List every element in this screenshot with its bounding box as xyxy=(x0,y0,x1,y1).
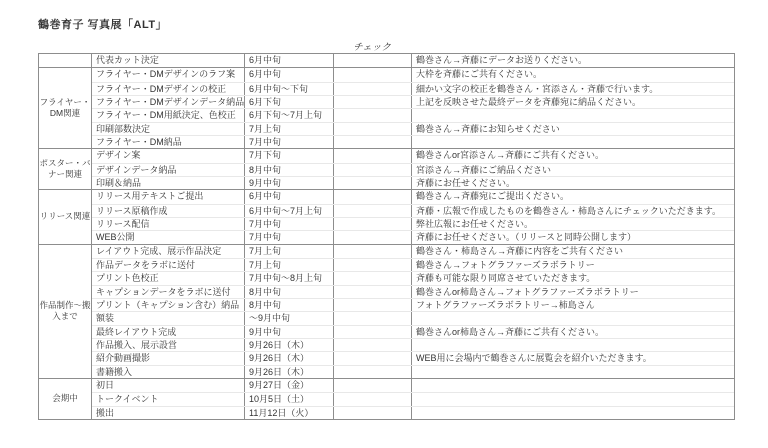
task-cell: フライヤー・DM納品 xyxy=(92,136,245,148)
note-cell xyxy=(412,339,734,351)
date-cell: 7月中旬～8月上旬 xyxy=(245,272,334,284)
category-cell: リリース関連 xyxy=(39,190,92,243)
note-cell xyxy=(412,407,734,419)
table-row: リリース配信 7月中旬 弊社広報にお任せください。 xyxy=(92,217,734,230)
table-row: プリント（キャプション含む）納品 8月中旬 フォトグラファーズラボラトリー→柿島… xyxy=(92,298,734,311)
date-cell: 7月中旬 xyxy=(245,231,334,243)
table-row: 印刷＆納品 9月中旬 斉藤にお任せください。 xyxy=(92,176,734,189)
task-cell: リリース原稿作成 xyxy=(92,205,245,217)
section-rows: デザイン案 7月下旬 鶴巻さんor宮添さん→斉藤にご共有ください。 デザインデー… xyxy=(92,149,734,189)
table-row: 代表カット決定 6月中旬 鶴巻さん→斉藤にデータお送りください。 xyxy=(92,54,734,67)
date-cell: 7月下旬 xyxy=(245,149,334,162)
task-cell: デザイン案 xyxy=(92,149,245,162)
note-cell: 鶴巻さんor柿島さん→斉藤にご共有ください。 xyxy=(412,326,734,338)
date-cell: 8月中旬 xyxy=(245,286,334,298)
task-cell: 代表カット決定 xyxy=(92,54,245,67)
date-cell: 7月上旬 xyxy=(245,259,334,271)
note-cell: 斉藤も可能な限り同席させていただきます。 xyxy=(412,272,734,284)
table-row: 書籍搬入 9月26日（木） xyxy=(92,365,734,378)
date-cell: 9月中旬 xyxy=(245,326,334,338)
check-cell xyxy=(334,312,412,324)
check-cell xyxy=(334,259,412,271)
task-cell: フライヤー・DMデザインデータ納品 xyxy=(92,96,245,108)
task-cell: デザインデータ納品 xyxy=(92,164,245,176)
date-cell: 6月下旬 xyxy=(245,96,334,108)
date-cell: 7月中旬 xyxy=(245,218,334,230)
date-cell: 9月26日（木） xyxy=(245,339,334,351)
task-cell: プリント（キャプション含む）納品 xyxy=(92,299,245,311)
table-row: WEB公開 7月中旬 斉藤にお任せください。（リリースと同時公開します） xyxy=(92,230,734,243)
task-cell: 搬出 xyxy=(92,407,245,419)
check-cell xyxy=(334,299,412,311)
note-cell xyxy=(412,393,734,405)
note-cell: 大枠を斉藤にご共有ください。 xyxy=(412,68,734,81)
table-row: リリース原稿作成 6月中旬～7月上旬 斉藤・広報で作成したものを鶴巻さん・柿島さ… xyxy=(92,204,734,217)
page-title: 鶴巻育子 写真展「ALT」 xyxy=(38,16,167,32)
note-cell: 鶴巻さんor柿島さん→フォトグラファーズラボラトリー xyxy=(412,286,734,298)
table-row: 印刷部数決定 7月上旬 鶴巻さん→斉藤にお知らせください xyxy=(92,122,734,135)
category-cell: ポスター・バ ナー関連 xyxy=(39,149,92,189)
check-cell xyxy=(334,123,412,135)
table-row: デザイン案 7月下旬 鶴巻さんor宮添さん→斉藤にご共有ください。 xyxy=(92,149,734,162)
table-row: フライヤー・DMデザインのラフ案 6月中旬 大枠を斉藤にご共有ください。 xyxy=(92,68,734,81)
note-cell: 鶴巻さん→フォトグラファーズラボラトリー xyxy=(412,259,734,271)
schedule-section: 会期中 初日 9月27日（金） トークイベント 10月5日（土） 搬出 11月1… xyxy=(39,378,734,419)
task-cell: 額装 xyxy=(92,312,245,324)
check-cell xyxy=(334,326,412,338)
check-cell xyxy=(334,218,412,230)
table-row: トークイベント 10月5日（土） xyxy=(92,392,734,405)
task-cell: 作品搬入、展示設営 xyxy=(92,339,245,351)
task-cell: キャプションデータをラボに送付 xyxy=(92,286,245,298)
check-cell xyxy=(334,205,412,217)
schedule-section: フライヤー・ DM関連 フライヤー・DMデザインのラフ案 6月中旬 大枠を斉藤に… xyxy=(39,67,734,148)
date-cell: 11月12日（火） xyxy=(245,407,334,419)
date-cell: 7月上旬 xyxy=(245,245,334,258)
date-cell: 9月26日（木） xyxy=(245,366,334,378)
task-cell: リリース用テキストご提出 xyxy=(92,190,245,203)
date-cell: 9月27日（金） xyxy=(245,379,334,392)
schedule-section: 作品制作～搬 入まで レイアウト完成、展示作品決定 7月上旬 鶴巻さん・柿島さん… xyxy=(39,244,734,378)
task-cell: フライヤー・DMデザインのラフ案 xyxy=(92,68,245,81)
task-cell: 初日 xyxy=(92,379,245,392)
section-rows: フライヤー・DMデザインのラフ案 6月中旬 大枠を斉藤にご共有ください。 フライ… xyxy=(92,68,734,148)
date-cell: 8月中旬 xyxy=(245,164,334,176)
category-cell: 会期中 xyxy=(39,379,92,419)
schedule-table: 代表カット決定 6月中旬 鶴巻さん→斉藤にデータお送りください。 フライヤー・ … xyxy=(38,53,735,420)
check-cell xyxy=(334,164,412,176)
note-cell: 宮添さん→斉藤にご納品ください xyxy=(412,164,734,176)
schedule-section: ポスター・バ ナー関連 デザイン案 7月下旬 鶴巻さんor宮添さん→斉藤にご共有… xyxy=(39,148,734,189)
task-cell: 作品データをラボに送付 xyxy=(92,259,245,271)
table-row: 作品データをラボに送付 7月上旬 鶴巻さん→フォトグラファーズラボラトリー xyxy=(92,258,734,271)
check-cell xyxy=(334,109,412,121)
note-cell: 鶴巻さん・柿島さん→斉藤に内容をご共有ください xyxy=(412,245,734,258)
table-row: 初日 9月27日（金） xyxy=(92,379,734,392)
table-row: キャプションデータをラボに送付 8月中旬 鶴巻さんor柿島さん→フォトグラファー… xyxy=(92,285,734,298)
check-cell xyxy=(334,54,412,67)
date-cell: 9月26日（木） xyxy=(245,352,334,364)
schedule-section: 代表カット決定 6月中旬 鶴巻さん→斉藤にデータお送りください。 xyxy=(39,54,734,67)
date-cell: 10月5日（土） xyxy=(245,393,334,405)
task-cell: WEB公開 xyxy=(92,231,245,243)
date-cell: 6月中旬～下旬 xyxy=(245,83,334,95)
task-cell: リリース配信 xyxy=(92,218,245,230)
date-cell: 8月中旬 xyxy=(245,299,334,311)
check-cell xyxy=(334,96,412,108)
check-cell xyxy=(334,339,412,351)
task-cell: レイアウト完成、展示作品決定 xyxy=(92,245,245,258)
table-row: 搬出 11月12日（火） xyxy=(92,406,734,419)
table-row: 紹介動画撮影 9月26日（木） WEB用に会場内で鶴巻さんに展覧会を紹介いただき… xyxy=(92,351,734,364)
note-cell: 斉藤にお任せください。（リリースと同時公開します） xyxy=(412,231,734,243)
note-cell: 上記を反映させた最終データを斉藤宛に納品ください。 xyxy=(412,96,734,108)
note-cell: WEB用に会場内で鶴巻さんに展覧会を紹介いただきます。 xyxy=(412,352,734,364)
note-cell: 斉藤にお任せください。 xyxy=(412,177,734,189)
date-cell: 6月中旬 xyxy=(245,54,334,67)
table-row: 作品搬入、展示設営 9月26日（木） xyxy=(92,338,734,351)
date-cell: 6月中旬 xyxy=(245,190,334,203)
check-cell xyxy=(334,245,412,258)
schedule-section: リリース関連 リリース用テキストご提出 6月中旬 鶴巻さん→斉藤宛にご提出くださ… xyxy=(39,189,734,243)
task-cell: プリント色校正 xyxy=(92,272,245,284)
date-cell: 7月上旬 xyxy=(245,123,334,135)
check-cell xyxy=(334,68,412,81)
note-cell xyxy=(412,136,734,148)
note-cell xyxy=(412,366,734,378)
check-cell xyxy=(334,83,412,95)
table-row: フライヤー・DM用紙決定、色校正 6月下旬～7月上旬 xyxy=(92,108,734,121)
section-rows: レイアウト完成、展示作品決定 7月上旬 鶴巻さん・柿島さん→斉藤に内容をご共有く… xyxy=(92,245,734,378)
note-cell: 弊社広報にお任せください。 xyxy=(412,218,734,230)
note-cell xyxy=(412,109,734,121)
check-cell xyxy=(334,407,412,419)
note-cell: 斉藤・広報で作成したものを鶴巻さん・柿島さんにチェックいただきます。 xyxy=(412,205,734,217)
task-cell: 印刷＆納品 xyxy=(92,177,245,189)
section-rows: 代表カット決定 6月中旬 鶴巻さん→斉藤にデータお送りください。 xyxy=(92,54,734,67)
check-column-label: チェック xyxy=(333,39,411,53)
check-cell xyxy=(334,379,412,392)
table-row: 最終レイアウト完成 9月中旬 鶴巻さんor柿島さん→斉藤にご共有ください。 xyxy=(92,325,734,338)
date-cell: 9月中旬 xyxy=(245,177,334,189)
note-cell: フォトグラファーズラボラトリー→柿島さん xyxy=(412,299,734,311)
check-cell xyxy=(334,136,412,148)
date-cell: 7月中旬 xyxy=(245,136,334,148)
table-row: フライヤー・DMデザインデータ納品 6月下旬 上記を反映させた最終データを斉藤宛… xyxy=(92,95,734,108)
category-cell: フライヤー・ DM関連 xyxy=(39,68,92,148)
date-cell: 6月中旬 xyxy=(245,68,334,81)
task-cell: 書籍搬入 xyxy=(92,366,245,378)
task-cell: フライヤー・DMデザインの校正 xyxy=(92,83,245,95)
table-row: レイアウト完成、展示作品決定 7月上旬 鶴巻さん・柿島さん→斉藤に内容をご共有く… xyxy=(92,245,734,258)
category-cell: 作品制作～搬 入まで xyxy=(39,245,92,378)
table-row: プリント色校正 7月中旬～8月上旬 斉藤も可能な限り同席させていただきます。 xyxy=(92,271,734,284)
check-cell xyxy=(334,272,412,284)
table-row: リリース用テキストご提出 6月中旬 鶴巻さん→斉藤宛にご提出ください。 xyxy=(92,190,734,203)
date-cell: 6月中旬～7月上旬 xyxy=(245,205,334,217)
date-cell: 6月下旬～7月上旬 xyxy=(245,109,334,121)
schedule-document: 鶴巻育子 写真展「ALT」 チェック 代表カット決定 6月中旬 鶴巻さん→斉藤に… xyxy=(0,0,768,448)
table-row: フライヤー・DM納品 7月中旬 xyxy=(92,135,734,148)
section-rows: リリース用テキストご提出 6月中旬 鶴巻さん→斉藤宛にご提出ください。 リリース… xyxy=(92,190,734,243)
check-cell xyxy=(334,352,412,364)
check-cell xyxy=(334,286,412,298)
date-cell: ～9月中旬 xyxy=(245,312,334,324)
note-cell: 細かい文字の校正を鶴巻さん・宮添さん・斉藤で行います。 xyxy=(412,83,734,95)
check-cell xyxy=(334,149,412,162)
category-cell xyxy=(39,54,92,67)
table-row: フライヤー・DMデザインの校正 6月中旬～下旬 細かい文字の校正を鶴巻さん・宮添… xyxy=(92,82,734,95)
table-row: デザインデータ納品 8月中旬 宮添さん→斉藤にご納品ください xyxy=(92,163,734,176)
check-cell xyxy=(334,366,412,378)
note-cell: 鶴巻さん→斉藤宛にご提出ください。 xyxy=(412,190,734,203)
note-cell: 鶴巻さん→斉藤にデータお送りください。 xyxy=(412,54,734,67)
check-cell xyxy=(334,190,412,203)
task-cell: フライヤー・DM用紙決定、色校正 xyxy=(92,109,245,121)
note-cell: 鶴巻さんor宮添さん→斉藤にご共有ください。 xyxy=(412,149,734,162)
task-cell: 紹介動画撮影 xyxy=(92,352,245,364)
note-cell xyxy=(412,312,734,324)
section-rows: 初日 9月27日（金） トークイベント 10月5日（土） 搬出 11月12日（火… xyxy=(92,379,734,419)
task-cell: 印刷部数決定 xyxy=(92,123,245,135)
check-cell xyxy=(334,177,412,189)
note-cell xyxy=(412,379,734,392)
check-cell xyxy=(334,393,412,405)
note-cell: 鶴巻さん→斉藤にお知らせください xyxy=(412,123,734,135)
table-row: 額装 ～9月中旬 xyxy=(92,311,734,324)
task-cell: 最終レイアウト完成 xyxy=(92,326,245,338)
task-cell: トークイベント xyxy=(92,393,245,405)
check-cell xyxy=(334,231,412,243)
